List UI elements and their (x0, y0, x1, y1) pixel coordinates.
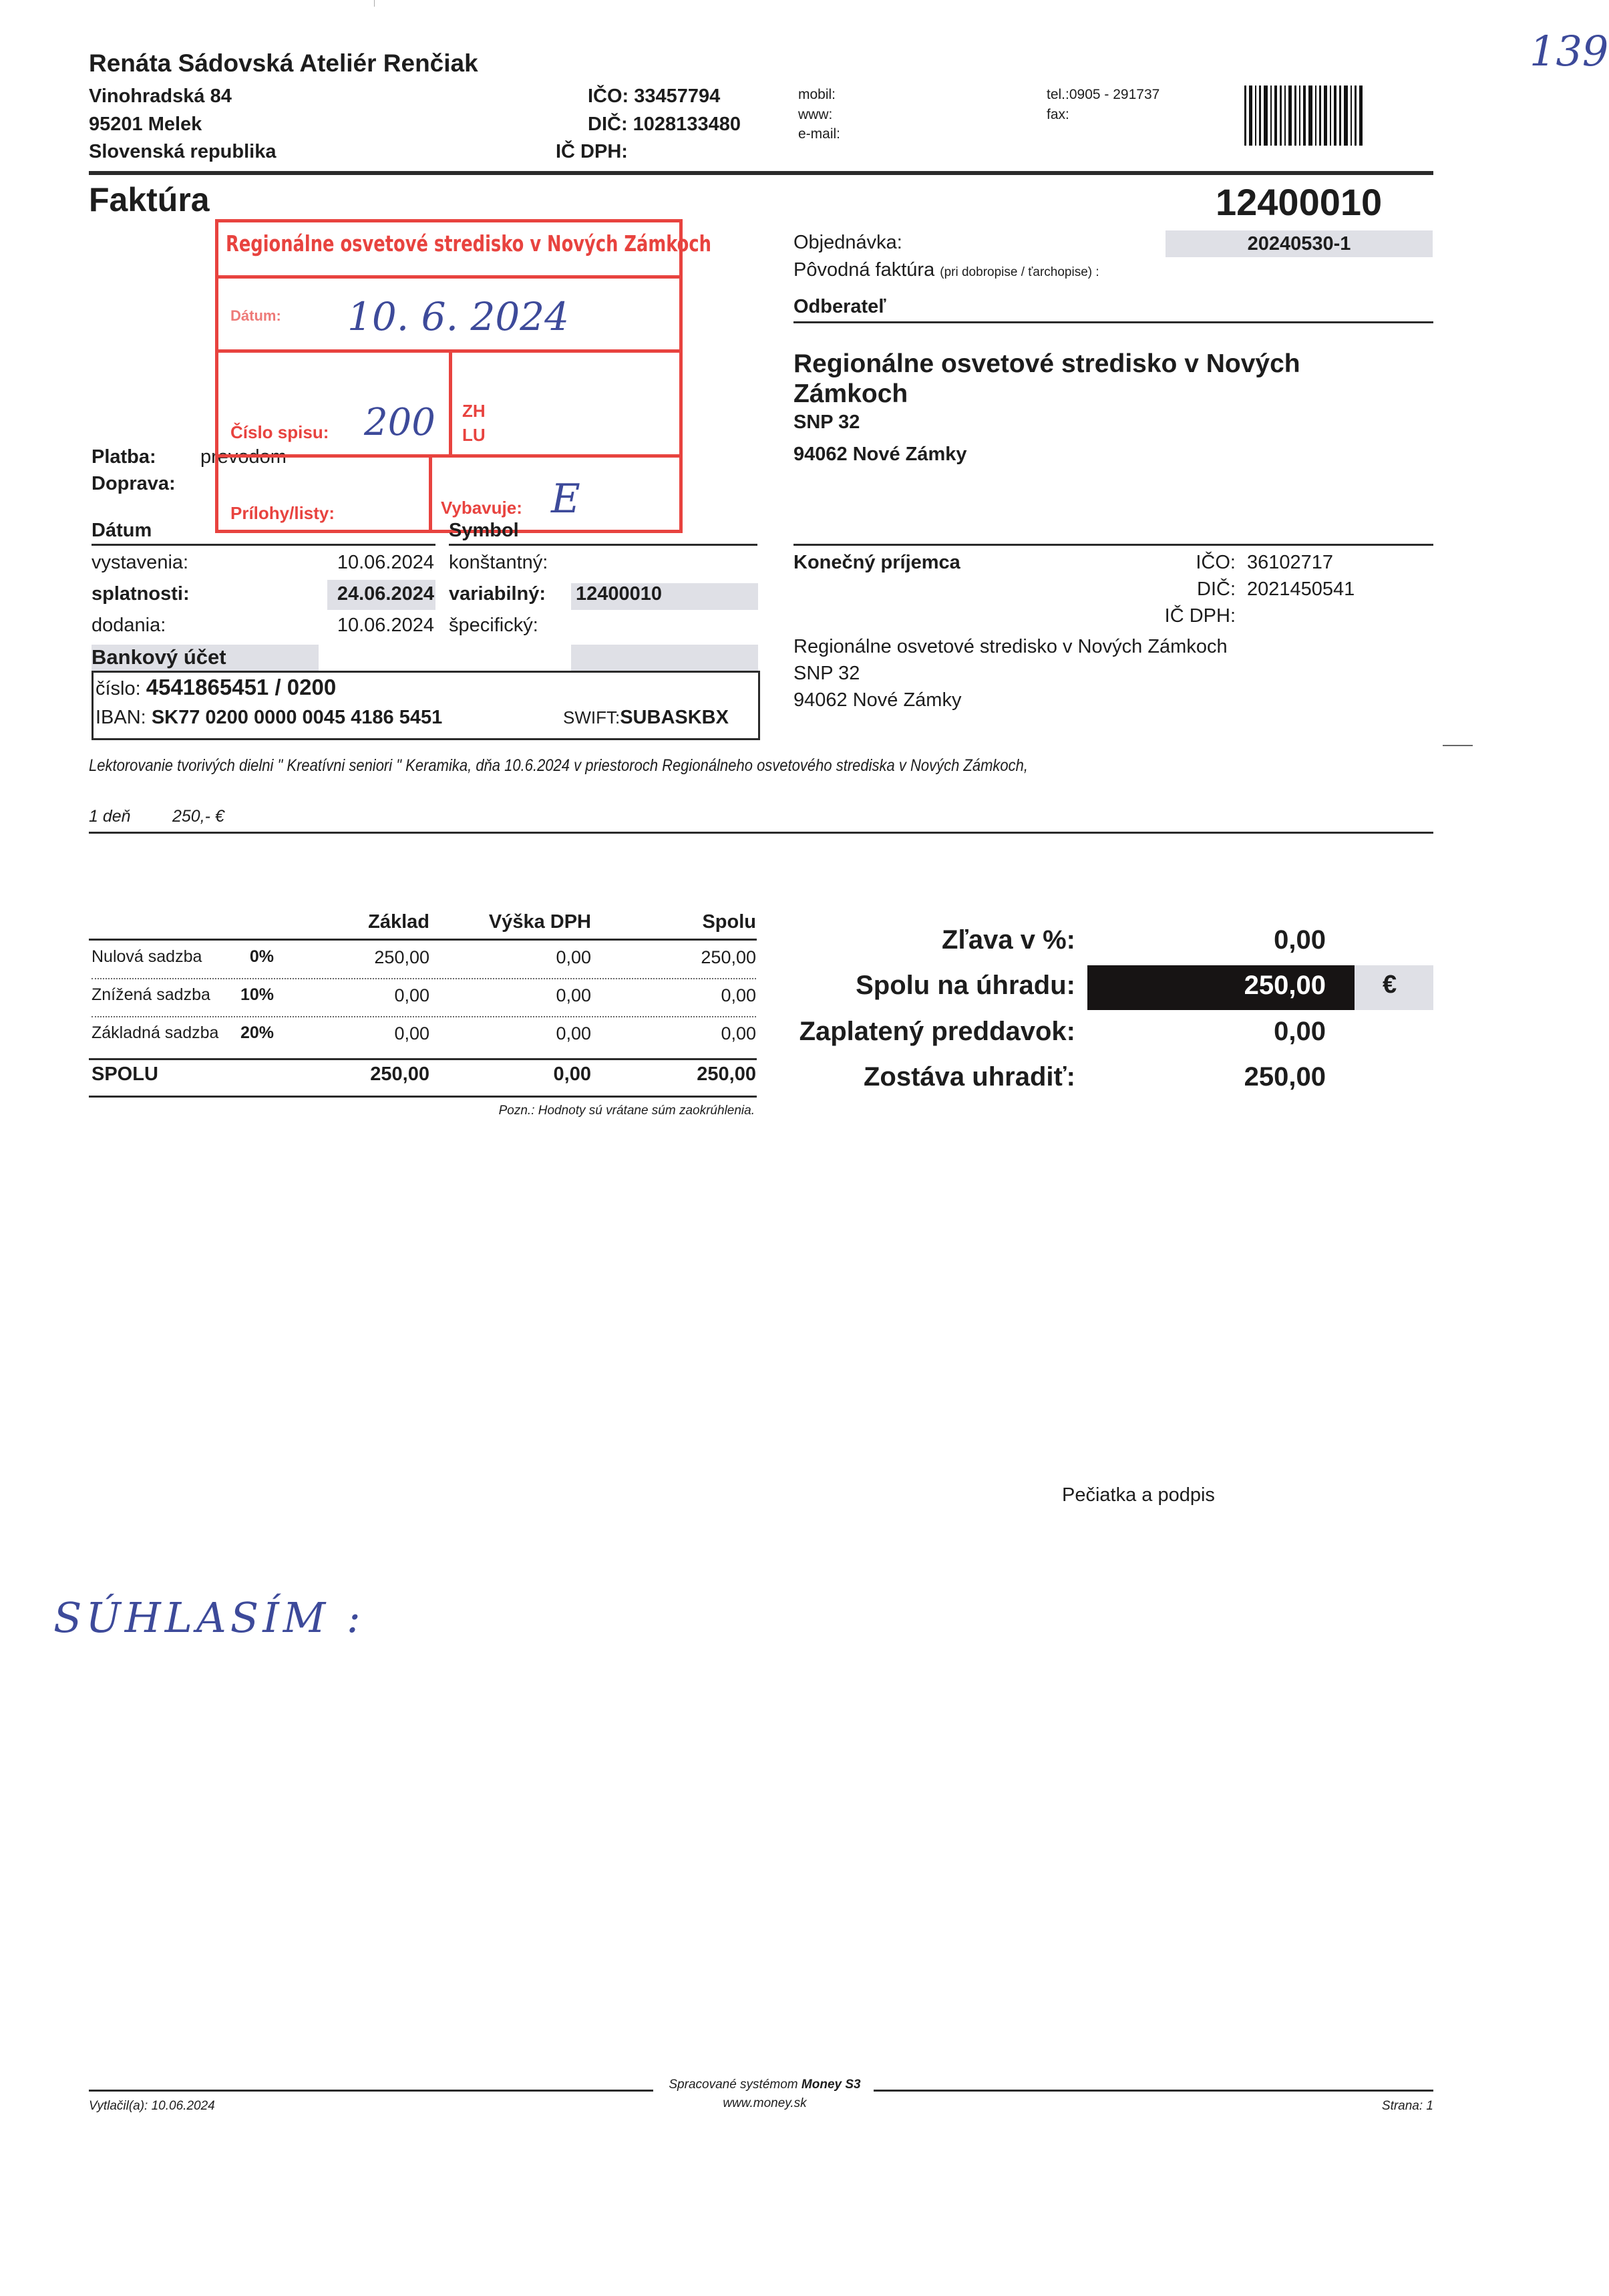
discount-label: Zľava v %: (735, 925, 1075, 955)
footer-line-right (874, 2090, 1433, 2092)
dic-value: 1028133480 (633, 114, 741, 135)
email-label: e-mail: (798, 126, 840, 142)
vat-row-base: 250,00 (301, 947, 429, 968)
stamp-file-label: Číslo spisu: (230, 422, 329, 443)
item-price: 250,- € (172, 807, 224, 826)
vat-total-vat: 0,00 (434, 1063, 591, 1086)
description-divider (89, 832, 1433, 834)
vat-row-vat: 0,00 (434, 985, 591, 1006)
item-quantity: 1 deň (89, 807, 131, 826)
supplier-dic: DIČ: 1028133480 (588, 114, 741, 136)
header-divider (89, 171, 1433, 175)
date-issued-label: vystavenia: (92, 552, 188, 574)
stamp-attachments-label: Prílohy/listy: (230, 503, 335, 524)
bank-number-row: číslo: 4541865451 / 0200 (96, 675, 336, 700)
discount-value: 0,00 (1135, 925, 1326, 955)
stamp-line-3 (215, 454, 679, 458)
stamp-line-2 (215, 349, 679, 353)
date-issued-value: 10.06.2024 (307, 552, 434, 574)
final-recipient-name: Regionálne osvetové stredisko v Nových Z… (793, 636, 1228, 658)
supplier-country: Slovenská republika (89, 141, 276, 163)
iban-label: IBAN: (96, 707, 146, 728)
symbols-section-label: Symbol (449, 520, 519, 542)
final-recipient-divider (793, 544, 1433, 546)
advance-label: Zaplatený preddavok: (735, 1017, 1075, 1047)
vat-row-total: 0,00 (601, 1023, 756, 1044)
vat-row-vat: 0,00 (434, 1023, 591, 1044)
buyer-name: Regionálne osvetové stredisko v Nových Z… (793, 349, 1341, 409)
signature-label: Pečiatka a podpis (1062, 1484, 1215, 1506)
final-recipient-label: Konečný príjemca (793, 552, 960, 574)
vat-header-base: Základ (301, 911, 429, 933)
supplier-ico: IČO: 33457794 (588, 86, 720, 108)
vat-row-label: Nulová sadzba (92, 947, 202, 967)
vat-row-label: Znížená sadzba (92, 985, 210, 1005)
date-delivery-value: 10.06.2024 (307, 615, 434, 637)
vat-header-total: Spolu (601, 911, 756, 933)
vat-row-divider (92, 1016, 756, 1017)
ico-value: 33457794 (634, 86, 720, 107)
vat-row-total: 250,00 (601, 947, 756, 968)
fax-label: fax: (1047, 107, 1069, 123)
ico-label: IČO: (588, 86, 629, 107)
final-recipient-dic-label: DIČ: (1135, 579, 1236, 601)
barcode (1244, 86, 1365, 146)
iban-value: SK77 0200 0000 0045 4186 5451 (152, 707, 442, 728)
footer-system-name: Money S3 (801, 2078, 861, 2092)
final-recipient-street: SNP 32 (793, 663, 860, 685)
swift-value: SUBASKBX (620, 707, 729, 728)
stamp-code-1: ZH (462, 401, 486, 422)
original-invoice-note: (pri dobropise / ťarchopise) : (940, 265, 1099, 279)
remaining-value: 250,00 (1135, 1062, 1326, 1092)
original-invoice: Pôvodná faktúra (pri dobropise / ťarchop… (793, 259, 1099, 281)
to-pay-label: Spolu na úhradu: (735, 971, 1075, 1001)
vat-row-rate: 0% (220, 947, 274, 967)
bank-right-highlight (571, 645, 758, 671)
variable-symbol-value: 12400010 (576, 583, 662, 605)
bank-number-value: 4541865451 / 0200 (146, 675, 336, 699)
vat-row-total: 0,00 (601, 985, 756, 1006)
footer-page: Strana: 1 (1300, 2099, 1433, 2114)
stamp-date-label: Dátum: (230, 307, 281, 325)
stamp-handled-value: E (551, 476, 580, 522)
vat-row-vat: 0,00 (434, 947, 591, 968)
variable-symbol-label: variabilný: (449, 583, 546, 605)
buyer-section-label: Odberateľ (793, 296, 886, 318)
stamp-handled-label: Vybavuje: (441, 498, 522, 518)
final-recipient-ico-label: IČO: (1135, 552, 1236, 574)
final-recipient-dic: 2021450541 (1247, 579, 1355, 601)
stamp-line-1 (215, 275, 679, 279)
swift-label: SWIFT: (563, 707, 620, 727)
symbols-divider (449, 544, 757, 546)
date-delivery-label: dodania: (92, 615, 166, 637)
stamp-code-2: LU (462, 425, 486, 446)
approval-handwritten: SÚHLASÍM : (53, 1593, 365, 1642)
vat-row-rate: 10% (220, 985, 274, 1005)
vat-total-divider (89, 1058, 757, 1060)
vat-row-label: Základná sadzba (92, 1023, 218, 1043)
dates-section-label: Dátum (92, 520, 152, 542)
stamp-file-value: 200 (364, 401, 435, 444)
invoice-number: 12400010 (1216, 180, 1382, 224)
supplier-street: Vinohradská 84 (89, 86, 232, 108)
remaining-label: Zostáva uhradiť: (735, 1062, 1075, 1092)
dic-label: DIČ: (588, 114, 628, 135)
supplier-name: Renáta Sádovská Ateliér Renčiak (89, 49, 478, 77)
tel-value: tel.:0905 - 291737 (1047, 87, 1159, 103)
vat-total-total: 250,00 (601, 1063, 756, 1086)
to-pay-value: 250,00 (1135, 971, 1326, 1001)
footer-system-prefix: Spracované systémom (669, 2078, 801, 2092)
final-recipient-ico: 36102717 (1247, 552, 1333, 574)
buyer-divider (793, 321, 1433, 323)
supplier-icdph: IČ DPH: (556, 141, 628, 163)
top-mark (374, 0, 375, 7)
dates-divider (92, 544, 435, 546)
bank-section-label: Bankový účet (92, 645, 226, 669)
handwritten-page-number: 139 (1530, 27, 1608, 75)
item-description: Lektorovanie tvorivých dielni " Kreatívn… (89, 756, 1028, 776)
footer-line-left (89, 2090, 653, 2092)
vat-total-label: SPOLU (92, 1063, 158, 1086)
mobil-label: mobil: (798, 87, 836, 103)
bank-number-label: číslo: (96, 678, 141, 699)
vat-header-vat: Výška DPH (434, 911, 591, 933)
advance-value: 0,00 (1135, 1017, 1326, 1047)
swift-row: SWIFT:SUBASKBX (563, 707, 729, 729)
vat-row-rate: 20% (220, 1023, 274, 1043)
specific-symbol-label: špecifický: (449, 615, 538, 637)
constant-symbol-label: konštantný: (449, 552, 548, 574)
document-title: Faktúra (89, 180, 210, 219)
vat-row-base: 0,00 (301, 985, 429, 1006)
date-due-label: splatnosti: (92, 583, 190, 605)
stamp-header: Regionálne osvetové stredisko v Nových Z… (226, 230, 572, 257)
final-recipient-icdph-label: IČ DPH: (1102, 605, 1236, 627)
footer-website: www.money.sk (641, 2096, 888, 2111)
margin-mark (1443, 745, 1473, 746)
order-value: 20240530-1 (1166, 230, 1433, 257)
stamp-date-value: 10. 6. 2024 (347, 294, 569, 339)
vat-total-base: 250,00 (301, 1063, 429, 1086)
vat-bottom-divider (89, 1096, 757, 1098)
stamp-vline-2 (429, 454, 432, 530)
buyer-city: 94062 Nové Zámky (793, 444, 967, 466)
iban-row: IBAN: SK77 0200 0000 0045 4186 5451 (96, 707, 442, 729)
currency-symbol: € (1383, 971, 1397, 999)
platba-label: Platba: (92, 446, 156, 468)
vat-note: Pozn.: Hodnoty sú vrátane súm zaokrúhlen… (421, 1104, 755, 1118)
buyer-street: SNP 32 (793, 412, 860, 434)
date-due-value: 24.06.2024 (307, 583, 434, 605)
footer-printed-by: Vytlačil(a): 10.06.2024 (89, 2099, 215, 2114)
stamp-vline-1 (449, 349, 452, 456)
www-label: www: (798, 107, 832, 123)
vat-row-divider (92, 978, 756, 979)
footer-system: Spracované systémom Money S3 (641, 2078, 888, 2092)
vat-header-divider (89, 939, 757, 941)
original-invoice-label: Pôvodná faktúra (793, 259, 934, 281)
order-label: Objednávka: (793, 232, 902, 254)
vat-row-base: 0,00 (301, 1023, 429, 1044)
doprava-label: Doprava: (92, 473, 176, 495)
supplier-city: 95201 Melek (89, 114, 202, 136)
final-recipient-city: 94062 Nové Zámky (793, 689, 961, 711)
